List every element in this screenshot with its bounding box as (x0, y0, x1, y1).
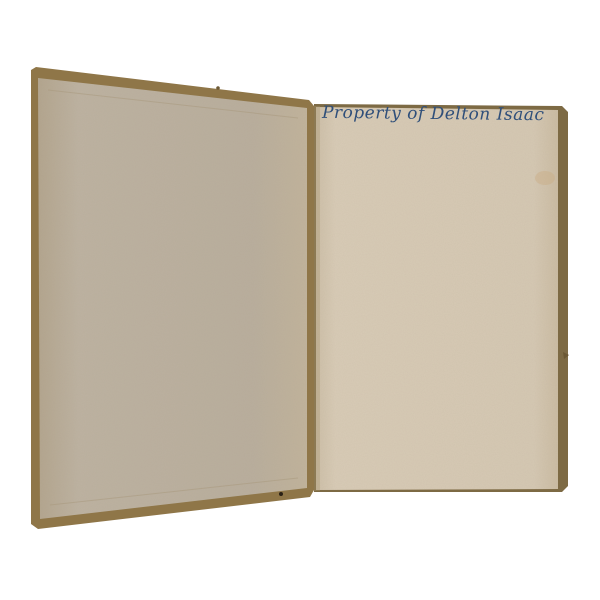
ownership-inscription: Property of Delton Isaac (322, 103, 545, 125)
front-free-endpaper (314, 104, 569, 492)
inside-front-cover (31, 67, 314, 529)
book-illustration (0, 0, 600, 600)
open-book-photo: Property of Delton Isaac (0, 0, 600, 600)
